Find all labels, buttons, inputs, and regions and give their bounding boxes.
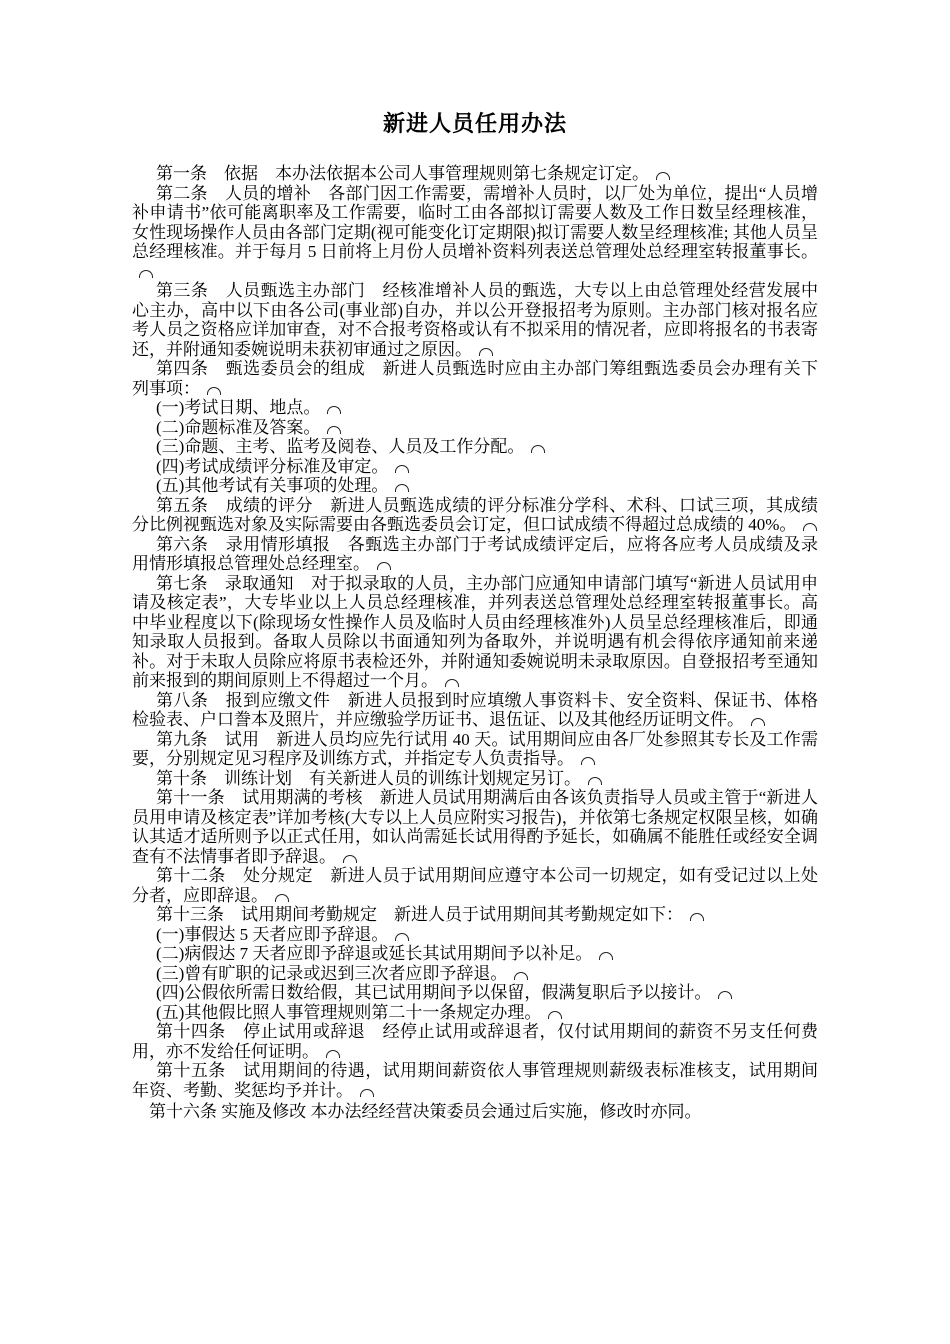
paragraph-mark-icon [751, 718, 765, 726]
paragraph-mark-icon [395, 484, 409, 492]
paragraph-text: 第六条 录用情形填报 各甄选主办部门于考试成绩评定后，应将各应考人员成绩及录用情… [132, 535, 818, 574]
paragraph-text: (三)命题、主考、监考及阅卷、人员及工作分配。 [156, 437, 524, 456]
paragraph-mark-icon [548, 1011, 562, 1019]
paragraph: 第六条 录用情形填报 各甄选主办部门于考试成绩评定后，应将各应考人员成绩及录用情… [132, 535, 818, 574]
paragraph-mark-icon [377, 562, 391, 570]
paragraph-mark-icon [588, 777, 602, 785]
paragraph-mark-icon [479, 348, 493, 356]
paragraph-text: (二)病假达 7 天者应即予辞退或延长其试用期间予以补足。 [156, 944, 592, 963]
paragraph-text: 第十一条 试用期满的考核 新进人员试用期满后由各该负责指导人员或主管于“新进人员… [132, 788, 818, 866]
paragraph-text: (二)命题标准及答案。 [156, 418, 320, 437]
paragraph-mark-icon [275, 894, 289, 902]
paragraph: (三)命题、主考、监考及阅卷、人员及工作分配。 [132, 437, 818, 457]
paragraph-text: 第十五条 试用期间的待遇，试用期间薪资依人事管理规则薪级表标准核支，试用期间年资… [132, 1061, 818, 1100]
paragraph-text: (一)事假达 5 天者应即予辞退。 [156, 925, 388, 944]
document-body: 第一条 依据 本办法依据本公司人事管理规则第七条规定订定。第二条 人员的增补 各… [132, 164, 818, 1122]
paragraph: 第十条 训练计划 有关新进人员的训练计划规定另订。 [132, 769, 818, 789]
paragraph-mark-icon [327, 406, 341, 414]
paragraph: 第四条 甄选委员会的组成 新进人员甄选时应由主办部门筹组甄选委员会办理有关下列事… [132, 359, 818, 398]
paragraph-text: 第十条 训练计划 有关新进人员的训练计划规定另订。 [156, 769, 581, 788]
paragraph: (一)事假达 5 天者应即予辞退。 [132, 925, 818, 945]
paragraph: (四)公假依所需日数给假，其已试用期间予以保留，假满复职后予以接计。 [132, 983, 818, 1003]
paragraph-text: 第八条 报到应缴文件 新进人员报到时应填缴人事资料卡、安全资料、保证书、体格检验… [132, 691, 818, 730]
paragraph: 第十四条 停止试用或辞退 经停止试用或辞退者，仅付试用期间的薪资不另支任何费用，… [132, 1022, 818, 1061]
paragraph: (三)曾有旷职的记录或迟到三次者应即予辞退。 [132, 964, 818, 984]
paragraph-mark-icon [395, 933, 409, 941]
paragraph-text: 第九条 试用 新进人员均应先行试用 40 天。试用期间应由各厂处参照其专长及工作… [132, 730, 818, 769]
paragraph-text: 第七条 录取通知 对于拟录取的人员，主办部门应通知申请部门填写“新进人员试用申请… [132, 574, 818, 691]
paragraph: (二)病假达 7 天者应即予辞退或延长其试用期间予以补足。 [132, 944, 818, 964]
paragraph-text: (三)曾有旷职的记录或迟到三次者应即予辞退。 [156, 964, 507, 983]
paragraph: 第九条 试用 新进人员均应先行试用 40 天。试用期间应由各厂处参照其专长及工作… [132, 730, 818, 769]
paragraph-mark-icon [803, 523, 817, 531]
paragraph: 第五条 成绩的评分 新进人员甄选成绩的评分标准分学科、术科、口试三项，其成绩分比… [132, 496, 818, 535]
paragraph: 第二条 人员的增补 各部门因工作需要，需增补人员时，以厂处为单位，提出“人员增补… [132, 184, 818, 282]
paragraph: 第三条 人员甄选主办部门 经核准增补人员的甄选，大专以上由总管理处经营发展中心主… [132, 281, 818, 359]
paragraph-mark-icon [531, 445, 545, 453]
paragraph-mark-icon [327, 426, 341, 434]
paragraph: 第七条 录取通知 对于拟录取的人员，主办部门应通知申请部门填写“新进人员试用申请… [132, 574, 818, 691]
paragraph-text: (五)其他考试有关事项的处理。 [156, 476, 388, 495]
paragraph-text: (一)考试日期、地点。 [156, 398, 320, 417]
paragraph: (五)其他考试有关事项的处理。 [132, 476, 818, 496]
paragraph-text: 第一条 依据 本办法依据本公司人事管理规则第七条规定订定。 [156, 164, 649, 183]
paragraph-text: 第五条 成绩的评分 新进人员甄选成绩的评分标准分学科、术科、口试三项，其成绩分比… [132, 496, 818, 535]
paragraph-text: 第十四条 停止试用或辞退 经停止试用或辞退者，仅付试用期间的薪资不另支任何费用，… [132, 1022, 818, 1061]
paragraph-mark-icon [581, 757, 595, 765]
paragraph-text: 第十三条 试用期间考勤规定 新进人员于试用期间其考勤规定如下： [156, 905, 683, 924]
paragraph-mark-icon [395, 465, 409, 473]
paragraph-text: 第二条 人员的增补 各部门因工作需要，需增补人员时，以厂处为单位，提出“人员增补… [132, 184, 818, 262]
paragraph-mark-icon [656, 172, 670, 180]
document-title: 新进人员任用办法 [132, 110, 818, 138]
paragraph-mark-icon [690, 913, 704, 921]
paragraph: 第八条 报到应缴文件 新进人员报到时应填缴人事资料卡、安全资料、保证书、体格检验… [132, 691, 818, 730]
paragraph: 第十五条 试用期间的待遇，试用期间薪资依人事管理规则薪级表标准核支，试用期间年资… [132, 1061, 818, 1100]
paragraph: (二)命题标准及答案。 [132, 418, 818, 438]
paragraph-mark-icon [445, 679, 459, 687]
paragraph-text: (四)考试成绩评分标准及审定。 [156, 457, 388, 476]
paragraph-mark-icon [360, 1089, 374, 1097]
paragraph-mark-icon [718, 991, 732, 999]
paragraph-mark-icon [599, 952, 613, 960]
paragraph-mark-icon [207, 387, 221, 395]
document-content: 新进人员任用办法 第一条 依据 本办法依据本公司人事管理规则第七条规定订定。第二… [132, 110, 818, 1122]
paragraph: 第十六条 实施及修改 本办法经经营决策委员会通过后实施，修改时亦同。 [132, 1102, 818, 1122]
paragraph-mark-icon [514, 972, 528, 980]
paragraph-mark-icon [326, 1050, 340, 1058]
paragraph: (四)考试成绩评分标准及审定。 [132, 457, 818, 477]
paragraph: 第十一条 试用期满的考核 新进人员试用期满后由各该负责指导人员或主管于“新进人员… [132, 788, 818, 866]
paragraph: (五)其他假比照人事管理规则第二十一条规定办理。 [132, 1003, 818, 1023]
paragraph-text: 第十二条 处分规定 新进人员于试用期间应遵守本公司一切规定，如有受记过以上处分者… [132, 866, 818, 905]
paragraph-text: 第十六条 实施及修改 本办法经经营决策委员会通过后实施，修改时亦同。 [149, 1102, 702, 1121]
paragraph-text: 第三条 人员甄选主办部门 经核准增补人员的甄选，大专以上由总管理处经营发展中心主… [132, 281, 818, 359]
paragraph: (一)考试日期、地点。 [132, 398, 818, 418]
paragraph-mark-icon [139, 270, 153, 278]
paragraph: 第十三条 试用期间考勤规定 新进人员于试用期间其考勤规定如下： [132, 905, 818, 925]
paragraph-text: (五)其他假比照人事管理规则第二十一条规定办理。 [156, 1003, 541, 1022]
document-page: 新进人员任用办法 第一条 依据 本办法依据本公司人事管理规则第七条规定订定。第二… [0, 0, 950, 1344]
paragraph: 第一条 依据 本办法依据本公司人事管理规则第七条规定订定。 [132, 164, 818, 184]
paragraph: 第十二条 处分规定 新进人员于试用期间应遵守本公司一切规定，如有受记过以上处分者… [132, 866, 818, 905]
paragraph-mark-icon [343, 855, 357, 863]
paragraph-text: (四)公假依所需日数给假，其已试用期间予以保留，假满复职后予以接计。 [156, 983, 711, 1002]
paragraph-text: 第四条 甄选委员会的组成 新进人员甄选时应由主办部门筹组甄选委员会办理有关下列事… [132, 359, 818, 398]
